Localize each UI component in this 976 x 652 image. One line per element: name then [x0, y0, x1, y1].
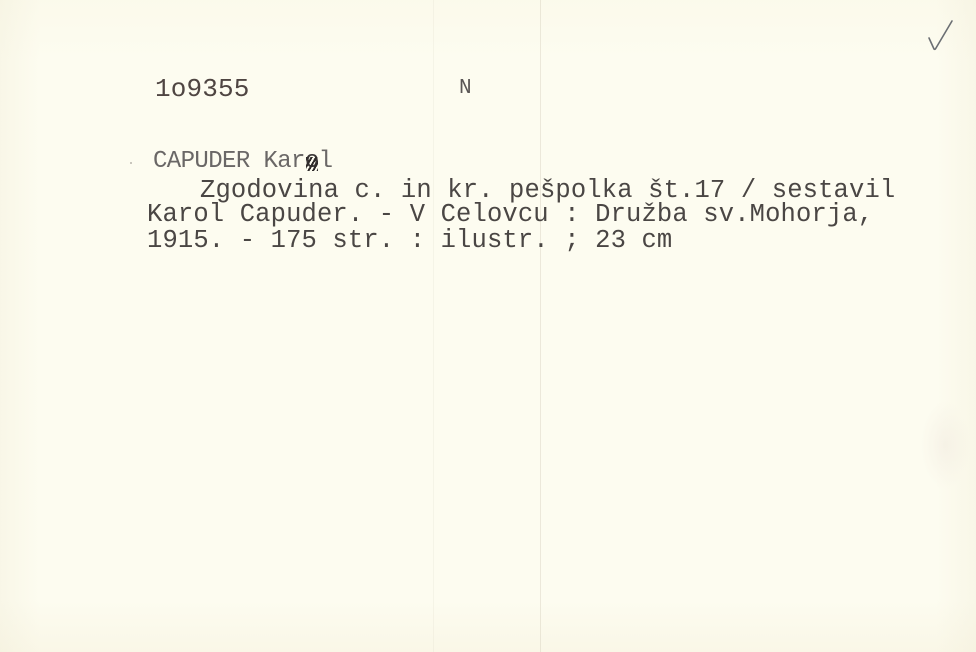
author-given-suffix: l	[319, 148, 333, 175]
catalog-card: 1o9355 N CAPUDER Karol Zgodovina c. in k…	[0, 0, 976, 652]
ink-dot	[130, 162, 132, 164]
overtyped-character: o	[305, 150, 319, 174]
author-surname: CAPUDER	[153, 148, 250, 175]
author-given-prefix: Kar	[263, 148, 304, 175]
card-faint-crease	[433, 0, 434, 652]
paper-stain	[920, 400, 970, 490]
author-heading: CAPUDER Karol	[153, 150, 332, 174]
collection-mark: N	[459, 78, 472, 99]
card-fold-crease	[540, 0, 541, 652]
physical-description-line: 1915. - 175 str. : ilustr. ; 23 cm	[147, 228, 672, 254]
checkmark-icon	[925, 18, 955, 52]
publication-line: Karol Capuder. - V Celovcu : Družba sv.M…	[147, 202, 873, 228]
accession-number: 1o9355	[155, 76, 250, 102]
